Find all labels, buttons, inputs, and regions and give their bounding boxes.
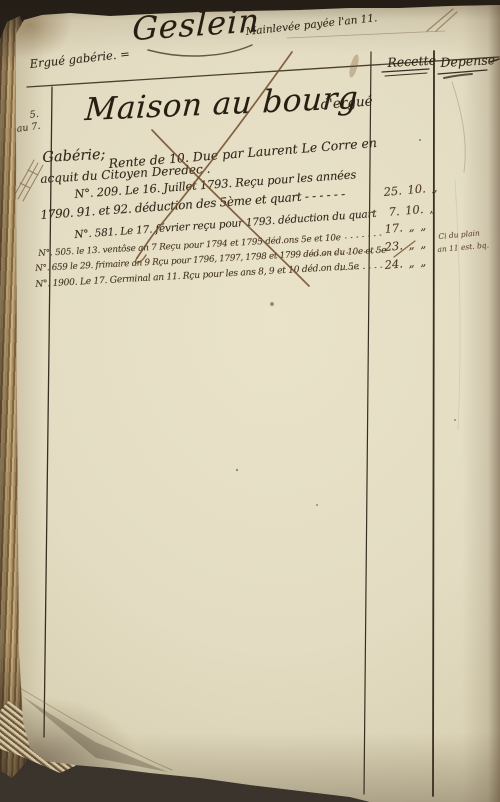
margin-scribble	[14, 160, 43, 201]
strike-amount-23	[394, 241, 415, 257]
cross-out-stroke	[137, 52, 292, 258]
manuscript-photo: Ergué gabérie. = Geslein Mainlevée payée…	[0, 0, 500, 802]
cross-out-hook	[136, 255, 146, 263]
pen-marks	[0, 0, 500, 802]
